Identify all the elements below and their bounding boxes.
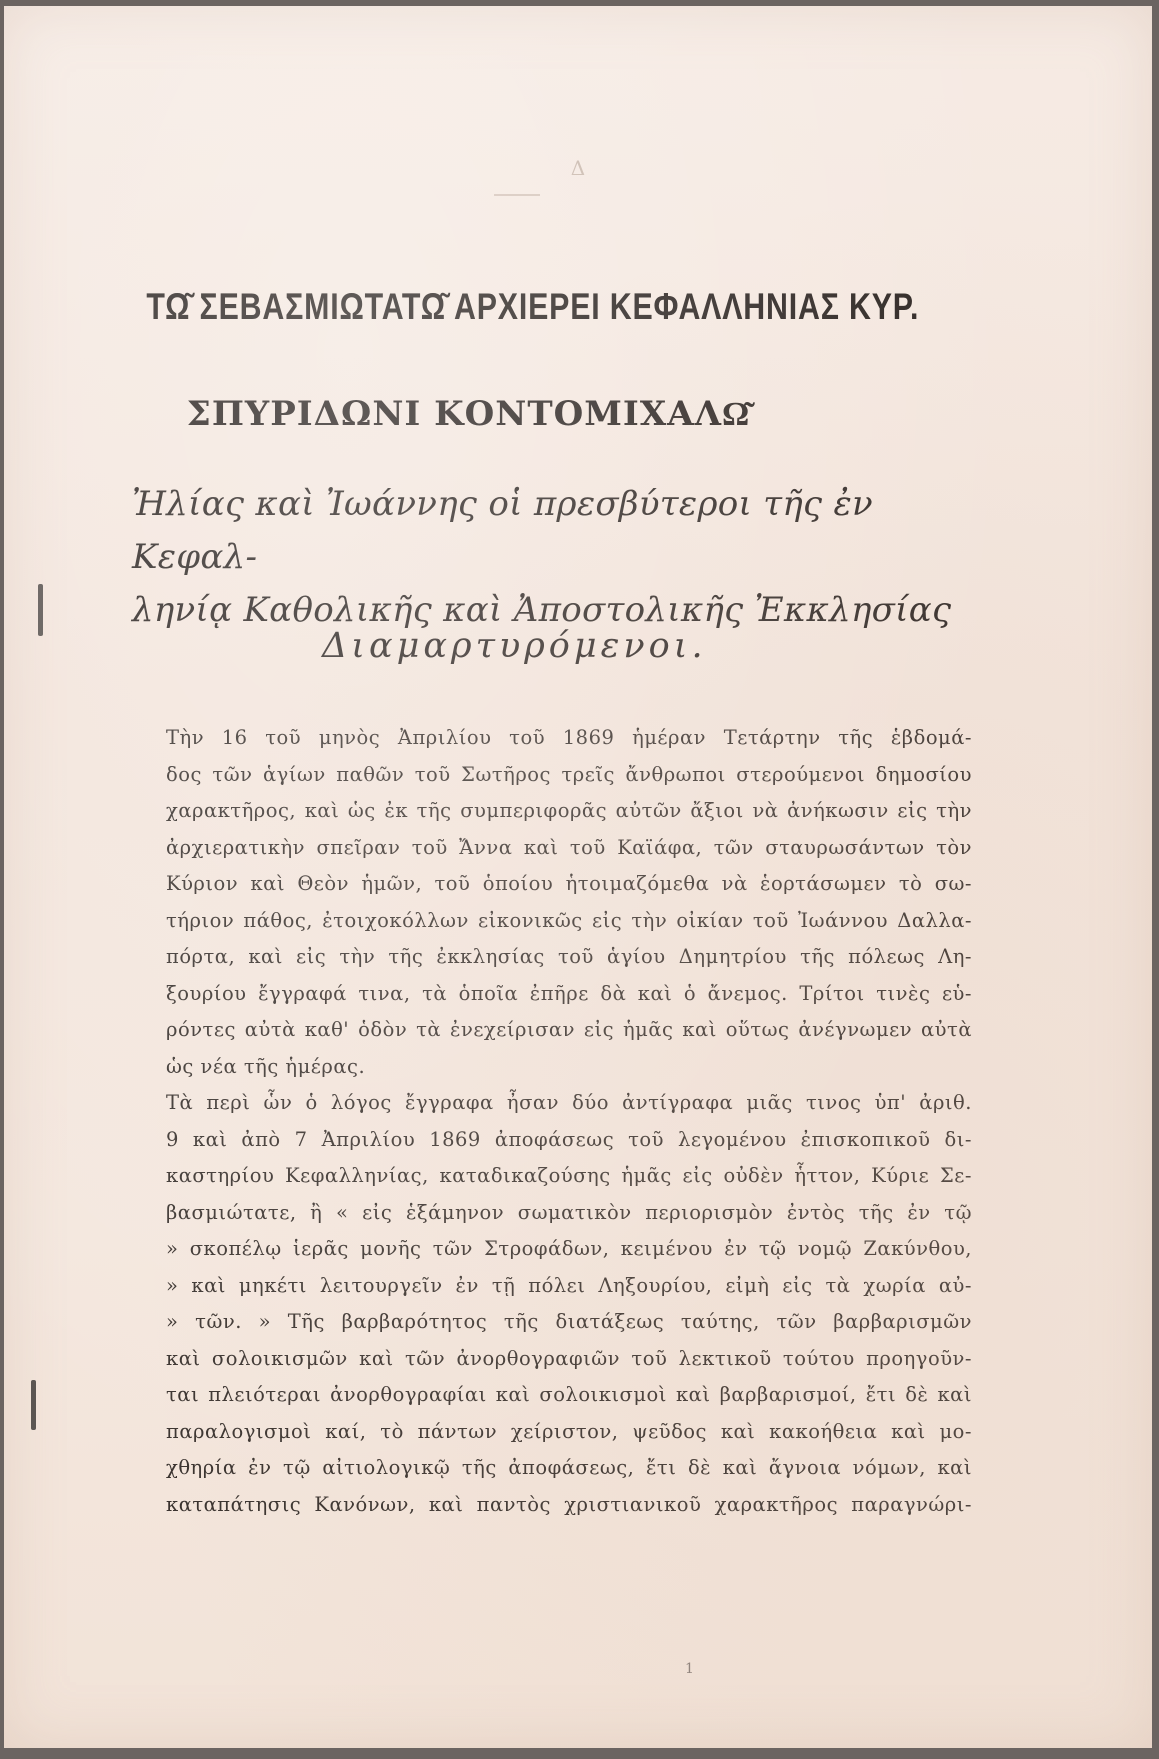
header-ornament: Δ xyxy=(4,156,1152,180)
staple xyxy=(31,1380,36,1430)
text-line: Τὴν 16 τοῦ μηνὸς Ἀπριλίου τοῦ 1869 ἡμέρα… xyxy=(152,720,972,757)
text-line: ται πλειότεραι ἀνορθογραφίαι καὶ σολοικι… xyxy=(152,1377,972,1414)
text-line: χαρακτῆρος, καὶ ὡς ἐκ τῆς συμπεριφορᾶς α… xyxy=(152,793,972,830)
text-line: χθηρία ἐν τῷ αἰτιολογικῷ τῆς ἀποφάσεως, … xyxy=(152,1450,972,1487)
text-line: ρόντες αὐτὰ καθ' ὁδὸν τὰ ἐνεχείρισαν εἰς… xyxy=(152,1012,972,1049)
paragraph-1: Τὴν 16 τοῦ μηνὸς Ἀπριλίου τοῦ 1869 ἡμέρα… xyxy=(152,720,972,1085)
body-text: Τὴν 16 τοῦ μηνὸς Ἀπριλίου τοῦ 1869 ἡμέρα… xyxy=(152,720,972,1523)
text-line: ὡς νέα τῆς ἡμέρας. xyxy=(152,1049,972,1086)
text-line: παραλογισμοὶ καί, τὸ πάντων χείριστον, ψ… xyxy=(152,1414,972,1451)
text-line: » τῶν. » Τῆς βαρβαρότητος τῆς διατάξεως … xyxy=(152,1304,972,1341)
text-line: πόρτα, καὶ εἰς τὴν τῆς ἐκκλησίας τοῦ ἁγί… xyxy=(152,939,972,976)
text-line: βασμιώτατε, ἢ « εἰς ἑξάμηνον σωματικὸν π… xyxy=(152,1195,972,1232)
dedication-line-2: ΣΠΥΡΙΔΩΝΙ ΚΟΝΤΟΜΙΧΑΛΩ͂ xyxy=(0,394,1048,434)
text-line: καὶ σολοικισμῶν καὶ τῶν ἀνορθογραφιῶν το… xyxy=(152,1341,972,1378)
page-mark: 1 xyxy=(685,1661,694,1677)
staple xyxy=(38,584,43,636)
paragraph-2: Τὰ περὶ ὧν ὁ λόγος ἔγγραφα ἦσαν δύο ἀντί… xyxy=(152,1085,972,1523)
text-line: Κύριον καὶ Θεὸν ἡμῶν, τοῦ ὁποίου ἡτοιμαζ… xyxy=(152,866,972,903)
senders-block: Ἠλίας καὶ Ἰωάννης οἱ πρεσβύτεροι τῆς ἐν … xyxy=(132,478,982,637)
text-line: δος τῶν ἁγίων παθῶν τοῦ Σωτῆρος τρεῖς ἄν… xyxy=(152,757,972,794)
text-line: 9 καὶ ἀπὸ 7 Ἀπριλίου 1869 ἀποφάσεως τοῦ … xyxy=(152,1122,972,1159)
document-page: Δ ΤΩ͂ ΣΕΒΑΣΜΙΩΤΑΤΩ͂ ΑΡΧΙΕΡΕΙ ΚΕΦΑΛΛΗΝΙΑΣ… xyxy=(4,6,1152,1748)
text-line: Τὰ περὶ ὧν ὁ λόγος ἔγγραφα ἦσαν δύο ἀντί… xyxy=(152,1085,972,1122)
text-line: καστηρίου Κεφαλληνίας, καταδικαζούσης ἡμ… xyxy=(152,1158,972,1195)
dedication-line-1: ΤΩ͂ ΣΕΒΑΣΜΙΩΤΑΤΩ͂ ΑΡΧΙΕΡΕΙ ΚΕΦΑΛΛΗΝΙΑΣ Κ… xyxy=(58,286,1008,328)
text-line: » σκοπέλῳ ἱερᾶς μονῆς τῶν Στροφάδων, κει… xyxy=(152,1231,972,1268)
header-rule xyxy=(494,194,540,196)
protest-heading: Διαμαρτυρόμενοι. xyxy=(322,626,707,666)
text-line: τήριον πάθος, ἐτοιχοκόλλων εἰκονικῶς εἰς… xyxy=(152,903,972,940)
text-line: καταπάτησις Κανόνων, καὶ παντὸς χριστιαν… xyxy=(152,1487,972,1524)
text-line: » καὶ μηκέτι λειτουργεῖν ἐν τῇ πόλει Ληξ… xyxy=(152,1268,972,1305)
text-line: ξουρίου ἔγγραφά τινα, τὰ ὁποῖα ἐπῆρε δὰ … xyxy=(152,976,972,1013)
senders-line-1: Ἠλίας καὶ Ἰωάννης οἱ πρεσβύτεροι τῆς ἐν … xyxy=(132,478,982,584)
text-line: ἀρχιερατικὴν σπεῖραν τοῦ Ἄννα καὶ τοῦ Κα… xyxy=(152,830,972,867)
